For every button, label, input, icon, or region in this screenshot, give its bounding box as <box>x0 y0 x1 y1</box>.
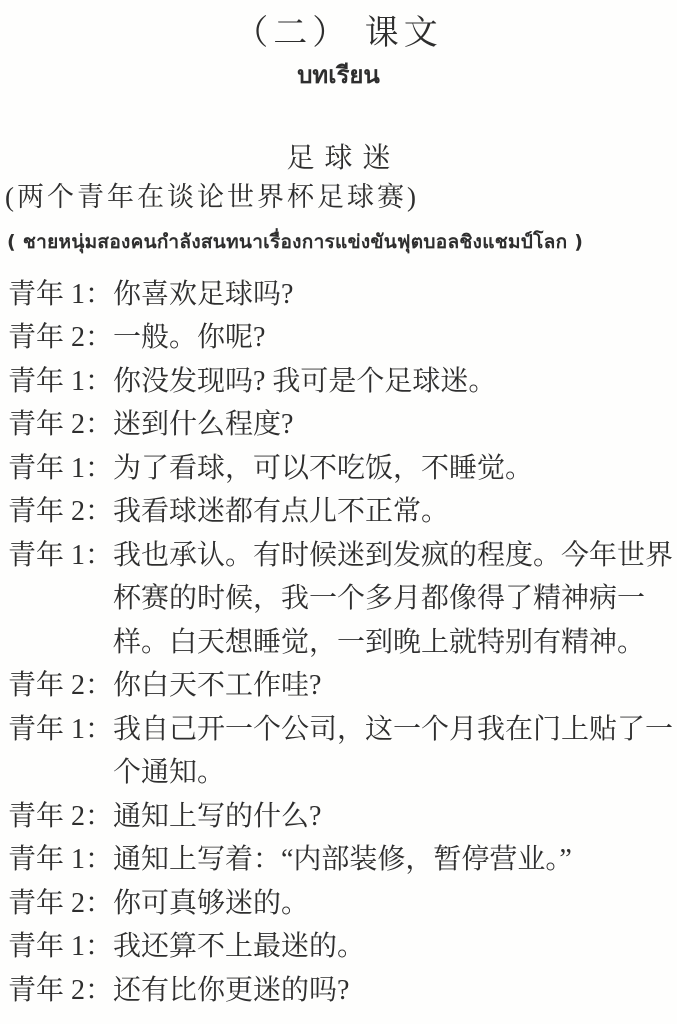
dialogue-line: 青年 1：通知上写着：“内部装修，暂停营业。” <box>0 838 677 882</box>
speaker-label: 青年 1： <box>8 708 113 752</box>
utterance-text: 通知上写着：“内部装修，暂停营业。” <box>113 844 572 875</box>
speaker-label: 青年 2： <box>8 316 113 360</box>
speaker-label: 青年 2： <box>8 795 113 839</box>
dialogue-line: 青年 1：你喜欢足球吗? <box>0 273 677 317</box>
utterance-text: 你白天不工作哇? <box>113 670 321 701</box>
speaker-label: 青年 1： <box>8 447 113 491</box>
utterance-text: 通知上写的什么? <box>113 801 321 832</box>
speaker-label: 青年 1： <box>8 360 113 404</box>
dialogue-line: 青年 2：一般。你呢? <box>0 316 677 360</box>
dialogue-line: 青年 2：你可真够迷的。 <box>0 882 677 926</box>
section-heading-thai: บทเรียน <box>0 60 677 91</box>
speaker-label: 青年 1： <box>8 273 113 317</box>
lesson-title: 足球迷 <box>0 141 677 176</box>
dialogue-line: 青年 1：你没发现吗? 我可是个足球迷。 <box>0 360 677 404</box>
section-heading-zh: （二） 课文 <box>0 14 677 55</box>
dialogue-line: 青年 2：通知上写的什么? <box>0 795 677 839</box>
dialogue-line: 青年 1：为了看球，可以不吃饭，不睡觉。 <box>0 447 677 491</box>
utterance-text: 我也承认。有时候迷到发疯的程度。今年世界杯赛的时候，我一个多月都像得了精神病一样… <box>113 540 673 658</box>
dialogue-line: 青年 1：我也承认。有时候迷到发疯的程度。今年世界杯赛的时候，我一个多月都像得了… <box>0 534 677 665</box>
speaker-label: 青年 1： <box>8 534 113 578</box>
utterance-text: 你喜欢足球吗? <box>113 279 293 310</box>
speaker-label: 青年 2： <box>8 882 113 926</box>
utterance-text: 你可真够迷的。 <box>113 888 309 919</box>
speaker-label: 青年 2： <box>8 490 113 534</box>
textbook-page: （二） 课文 บทเรียน 足球迷 (两个青年在谈论世界杯足球赛) ( ชาย… <box>0 0 677 1024</box>
dialogue-line: 青年 2：你白天不工作哇? <box>0 664 677 708</box>
dialogue-line: 青年 1：我还算不上最迷的。 <box>0 925 677 969</box>
utterance-text: 还有比你更迷的吗? <box>113 975 349 1006</box>
utterance-text: 我自己开一个公司，这一个月我在门上贴了一个通知。 <box>113 714 673 789</box>
utterance-text: 我看球迷都有点儿不正常。 <box>113 496 449 527</box>
stage-direction-zh: (两个青年在谈论世界杯足球赛) <box>0 180 677 215</box>
speaker-label: 青年 2： <box>8 969 113 1013</box>
utterance-text: 迷到什么程度? <box>113 409 293 440</box>
dialogue-line: 青年 2：还有比你更迷的吗? <box>0 969 677 1013</box>
utterance-text: 你没发现吗? 我可是个足球迷。 <box>113 366 496 397</box>
speaker-label: 青年 2： <box>8 664 113 708</box>
dialogue-section: 青年 1：你喜欢足球吗? 青年 2：一般。你呢? 青年 1：你没发现吗? 我可是… <box>0 273 677 1013</box>
dialogue-line: 青年 2：迷到什么程度? <box>0 403 677 447</box>
utterance-text: 一般。你呢? <box>113 322 265 353</box>
speaker-label: 青年 1： <box>8 838 113 882</box>
utterance-text: 我还算不上最迷的。 <box>113 931 365 962</box>
utterance-text: 为了看球，可以不吃饭，不睡觉。 <box>113 453 533 484</box>
speaker-label: 青年 2： <box>8 403 113 447</box>
dialogue-line: 青年 2：我看球迷都有点儿不正常。 <box>0 490 677 534</box>
stage-direction-thai: ( ชายหนุ่มสองคนกำลังสนทนาเรื่องการแข่งขั… <box>0 230 677 256</box>
dialogue-line: 青年 1：我自己开一个公司，这一个月我在门上贴了一个通知。 <box>0 708 677 795</box>
speaker-label: 青年 1： <box>8 925 113 969</box>
